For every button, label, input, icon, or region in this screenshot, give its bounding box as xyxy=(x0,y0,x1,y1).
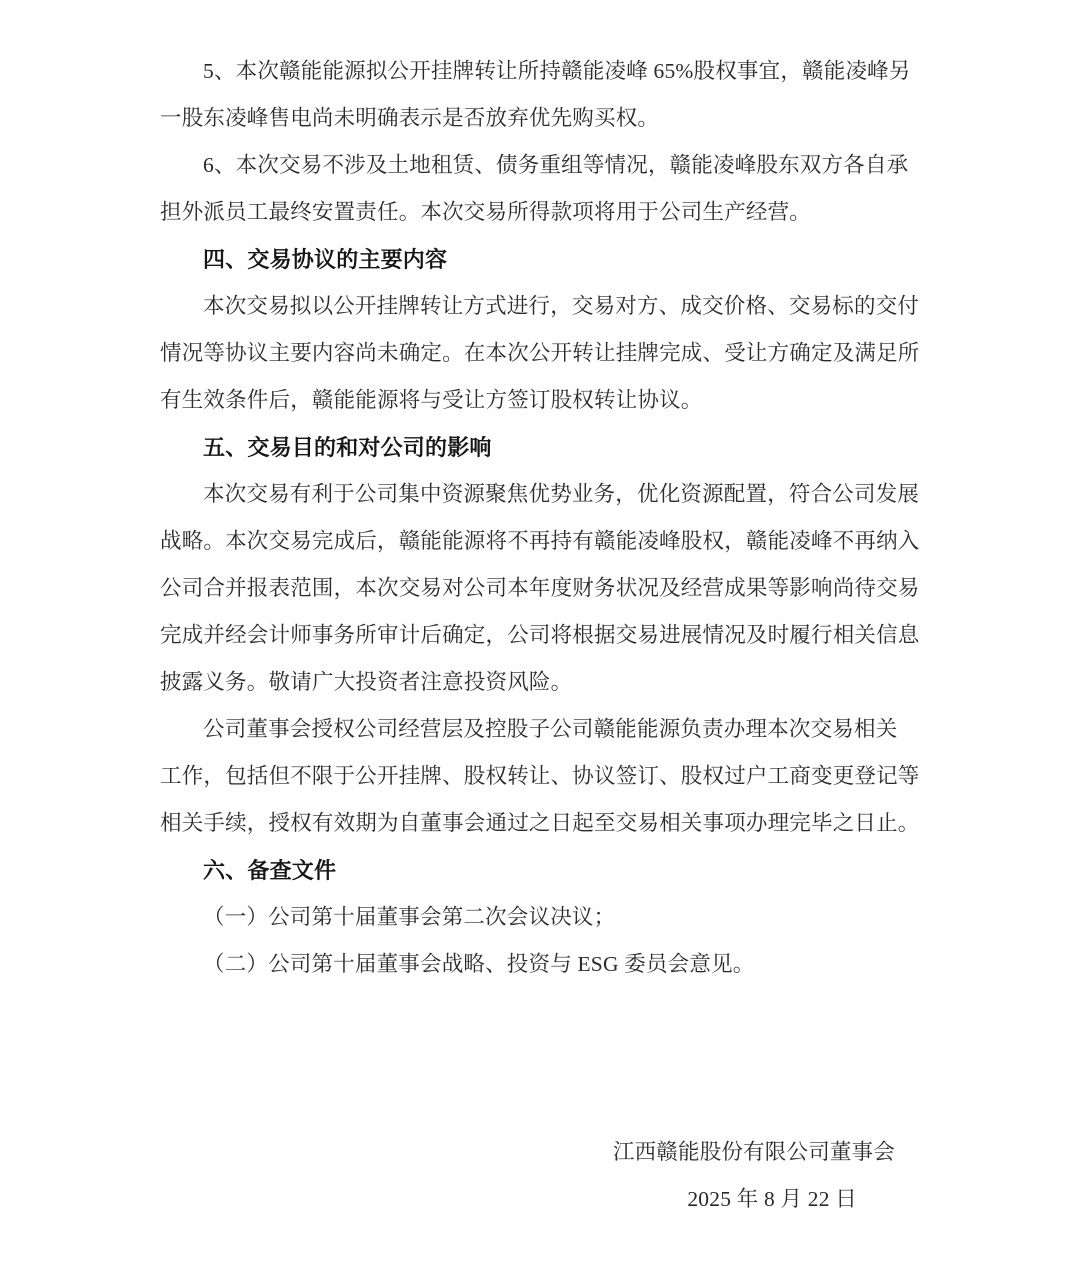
doc-line: 公司董事会授权公司经营层及控股子公司赣能能源负责办理本次交易相关 xyxy=(160,706,913,753)
doc-line: 披露义务。敬请广大投资者注意投资风险。 xyxy=(160,659,913,706)
doc-line: 5、本次赣能能源拟公开挂牌转让所持赣能凌峰 65%股权事宜，赣能凌峰另 xyxy=(160,48,913,95)
doc-line: 完成并经会计师事务所审计后确定，公司将根据交易进展情况及时履行相关信息 xyxy=(160,612,913,659)
paragraph-item-5: 5、本次赣能能源拟公开挂牌转让所持赣能凌峰 65%股权事宜，赣能凌峰另 一股东凌… xyxy=(160,48,913,142)
document-page: 5、本次赣能能源拟公开挂牌转让所持赣能凌峰 65%股权事宜，赣能凌峰另 一股东凌… xyxy=(0,0,1080,1277)
signature-block: 江西赣能股份有限公司董事会 2025 年 8 月 22 日 xyxy=(160,1129,913,1223)
list-item-1: （一）公司第十届董事会第二次会议决议； xyxy=(160,894,913,941)
doc-line: 公司合并报表范围，本次交易对公司本年度财务状况及经营成果等影响尚待交易 xyxy=(160,565,913,612)
doc-line: 6、本次交易不涉及土地租赁、债务重组等情况，赣能凌峰股东双方各自承 xyxy=(160,142,913,189)
doc-line: 工作，包括但不限于公开挂牌、股权转让、协议签订、股权过户工商变更登记等 xyxy=(160,753,913,800)
section-heading-5: 五、交易目的和对公司的影响 xyxy=(160,424,913,471)
paragraph-item-6: 6、本次交易不涉及土地租赁、债务重组等情况，赣能凌峰股东双方各自承 担外派员工最… xyxy=(160,142,913,236)
doc-line: 有生效条件后，赣能能源将与受让方签订股权转让协议。 xyxy=(160,377,913,424)
doc-line: 相关手续，授权有效期为自董事会通过之日起至交易相关事项办理完毕之日止。 xyxy=(160,800,913,847)
doc-line: 一股东凌峰售电尚未明确表示是否放弃优先购买权。 xyxy=(160,95,913,142)
paragraph-section-5-body-2: 公司董事会授权公司经营层及控股子公司赣能能源负责办理本次交易相关 工作，包括但不… xyxy=(160,706,913,847)
list-item-2: （二）公司第十届董事会战略、投资与 ESG 委员会意见。 xyxy=(160,941,913,988)
doc-line: 情况等协议主要内容尚未确定。在本次公开转让挂牌完成、受让方确定及满足所 xyxy=(160,330,913,377)
signature-company: 江西赣能股份有限公司董事会 xyxy=(160,1129,913,1176)
section-heading-4: 四、交易协议的主要内容 xyxy=(160,236,913,283)
paragraph-section-4-body: 本次交易拟以公开挂牌转让方式进行，交易对方、成交价格、交易标的交付 情况等协议主… xyxy=(160,283,913,424)
doc-line: 担外派员工最终安置责任。本次交易所得款项将用于公司生产经营。 xyxy=(160,189,913,236)
document-body: 5、本次赣能能源拟公开挂牌转让所持赣能凌峰 65%股权事宜，赣能凌峰另 一股东凌… xyxy=(160,48,913,1223)
signature-date: 2025 年 8 月 22 日 xyxy=(160,1176,913,1223)
section-heading-6: 六、备查文件 xyxy=(160,847,913,894)
doc-line: 本次交易拟以公开挂牌转让方式进行，交易对方、成交价格、交易标的交付 xyxy=(160,283,913,330)
doc-line: 本次交易有利于公司集中资源聚焦优势业务，优化资源配置，符合公司发展 xyxy=(160,471,913,518)
doc-line: 战略。本次交易完成后，赣能能源将不再持有赣能凌峰股权，赣能凌峰不再纳入 xyxy=(160,518,913,565)
paragraph-section-5-body-1: 本次交易有利于公司集中资源聚焦优势业务，优化资源配置，符合公司发展 战略。本次交… xyxy=(160,471,913,706)
